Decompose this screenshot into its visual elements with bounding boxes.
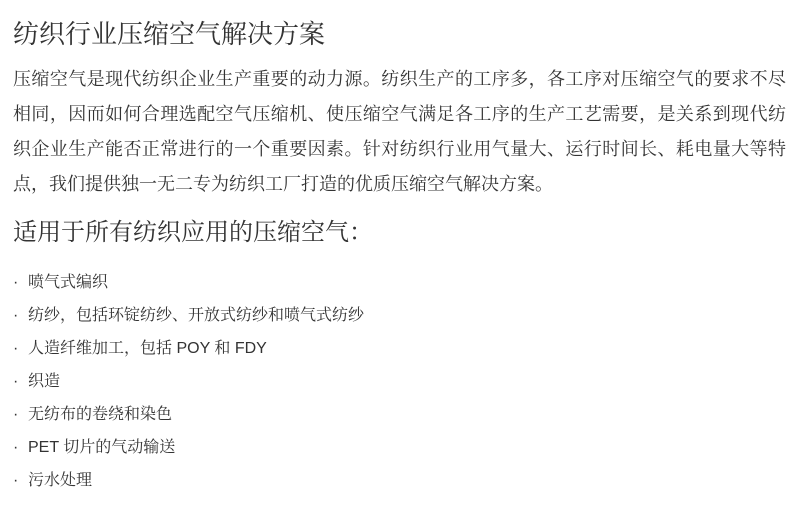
bullet-icon: ·	[13, 464, 28, 497]
list-item-label: 喷气式编织	[28, 266, 786, 299]
bullet-icon: ·	[13, 398, 28, 431]
list-item-label: 人造纤维加工，包括 POY 和 FDY	[28, 332, 786, 365]
list-item-label: 织造	[28, 365, 786, 398]
list-item: · 污水处理	[13, 464, 786, 497]
applications-list: · 喷气式编织 · 纺纱，包括环锭纺纱、开放式纺纱和喷气式纺纱 · 人造纤维加工…	[13, 266, 786, 497]
list-item: · PET 切片的气动输送	[13, 431, 786, 464]
list-item-label: 无纺布的卷绕和染色	[28, 398, 786, 431]
article-page: 纺织行业压缩空气解决方案 压缩空气是现代纺织企业生产重要的动力源。纺织生产的工序…	[0, 0, 800, 511]
list-item-label: 纺纱，包括环锭纺纱、开放式纺纱和喷气式纺纱	[28, 299, 786, 332]
bullet-icon: ·	[13, 332, 28, 365]
bullet-icon: ·	[13, 365, 28, 398]
bullet-icon: ·	[13, 299, 28, 332]
intro-paragraph: 压缩空气是现代纺织企业生产重要的动力源。纺织生产的工序多，各工序对压缩空气的要求…	[13, 62, 786, 202]
bullet-icon: ·	[13, 266, 28, 299]
list-item-label: PET 切片的气动输送	[28, 431, 786, 464]
page-title: 纺织行业压缩空气解决方案	[13, 18, 786, 51]
list-item: · 无纺布的卷绕和染色	[13, 398, 786, 431]
list-item: · 纺纱，包括环锭纺纱、开放式纺纱和喷气式纺纱	[13, 299, 786, 332]
bullet-icon: ·	[13, 431, 28, 464]
list-item-label: 污水处理	[28, 464, 786, 497]
applications-heading: 适用于所有纺织应用的压缩空气：	[13, 218, 786, 248]
list-item: · 人造纤维加工，包括 POY 和 FDY	[13, 332, 786, 365]
list-item: · 织造	[13, 365, 786, 398]
list-item: · 喷气式编织	[13, 266, 786, 299]
